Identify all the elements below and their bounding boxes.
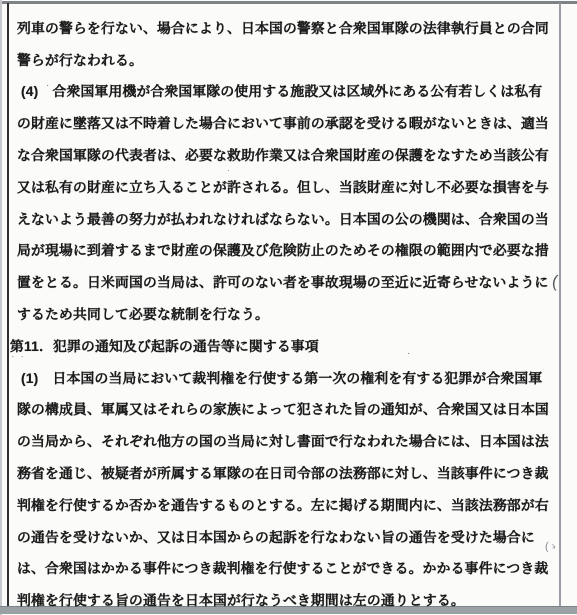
text-line-section-heading-11: 第11．犯罪の通知及び起訴の通告等に関する事項	[0, 329, 567, 361]
text-line: 隊の構成員、軍属又はそれらの家族によって犯された旨の通知が、合衆国又は日本国	[0, 393, 567, 425]
scan-noise-dot: ·	[46, 80, 49, 91]
text-line: 判権を行使する旨の通告を日本国が行なうべき期間は左の通りとする。	[0, 583, 567, 615]
text-line-paragraph-4: (4) 合衆国軍用機が合衆国軍隊の使用する施設又は区域外にある公有若しくは私有	[0, 75, 567, 107]
scan-noise-dot: ·	[227, 165, 230, 175]
text-line: 局が現場に到着するまで財産の保護及び危険防止のためその権限の範囲内で必要な措	[0, 234, 567, 266]
text-line: 警らが行なわれる。	[0, 43, 567, 75]
text-line: 又は私有の財産に立ち入ることが許される。但し、当該財産に対し不必要な損害を与	[0, 170, 567, 202]
text-line: の当局から、それぞれ他方の国の当局に対し書面で行なわれた場合には、日本国は法	[0, 424, 567, 456]
scan-noise-dashes: ･ ･	[11, 352, 26, 362]
text-line: な合衆国軍隊の代表者は、必要な救助作業又は合衆国財産の保護をなすため当該公有	[0, 138, 567, 170]
text-line: 判権を行使するか否かを通告するものとする。左に掲げる期間内に、当該法務部が右	[0, 488, 567, 520]
document-text-block: 列車の警らを行ない、場合により、日本国の警察と合衆国軍隊の法律執行員との合同 警…	[0, 11, 567, 615]
text-line: 置をとる。日米両国の当局は、許可のない者を事故現場の至近に近寄らせないように	[0, 265, 567, 297]
handwritten-scribble-mark: (ゝ	[544, 538, 558, 555]
text-line: えないよう最善の努力が払われなければならない。日本国の公の機関は、合衆国の当	[0, 202, 567, 234]
text-line: の通告を受けないか、又は日本国からの起訴を行なわない旨の通告を受けた場合に	[0, 520, 567, 552]
page-frame-top-border	[0, 1, 577, 4]
scan-noise-dot: ·	[407, 348, 410, 359]
text-line: の財産に墜落又は不時着した場合において事前の承認を受ける暇がないときは、適当	[0, 106, 567, 138]
text-line: するため共同して必要な統制を行なう。	[0, 297, 567, 329]
text-line: 列車の警らを行ない、場合により、日本国の警察と合衆国軍隊の法律執行員との合同	[0, 11, 567, 43]
text-line: 務省を通じ、被疑者が所属する軍隊の在日司令部の法務部に対し、当該事件につき裁	[0, 456, 567, 488]
scanned-document-page: 列車の警らを行ない、場合により、日本国の警察と合衆国軍隊の法律執行員との合同 警…	[0, 0, 577, 615]
text-line: は、合衆国はかかる事件につき裁判権を行使することができる。かかる事件につき裁	[0, 552, 567, 584]
text-line-paragraph-1: (1) 日本国の当局において裁判権を行使する第一次の権利を有する犯罪が合衆国軍	[0, 361, 567, 393]
